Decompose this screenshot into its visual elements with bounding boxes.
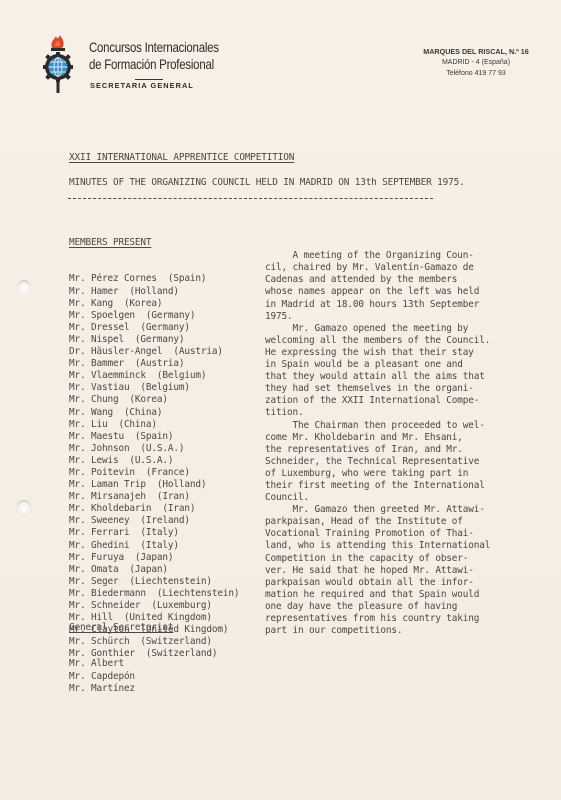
member-entry: Mr. Pérez Cornes (Spain) <box>69 273 239 285</box>
secretariat-entry: Mr. Capdepón <box>69 671 173 683</box>
minutes-line: part in our competitions. <box>265 625 525 637</box>
minutes-line: Mr. Gamazo opened the meeting by <box>265 323 525 335</box>
member-entry: Mr. Vlaemminck (Belgium) <box>69 370 239 382</box>
minutes-line: come Mr. Kholdebarin and Mr. Ehsani, <box>265 432 525 444</box>
minutes-line: mation he required and that Spain would <box>265 589 525 601</box>
member-entry: Mr. Mirsanajeh (Iran) <box>69 491 239 503</box>
member-entry: Dr. Häusler-Angel (Austria) <box>69 346 239 358</box>
minutes-line: parkpaisan, Head of the Institute of <box>265 516 525 528</box>
minutes-line: He expressing the wish that their stay <box>265 347 525 359</box>
minutes-line: parkpaisan would obtain all the infor- <box>265 577 525 589</box>
minutes-line: in Spain would be a pleasant one and <box>265 359 525 371</box>
minutes-line: welcoming all the members of the Council… <box>265 335 525 347</box>
member-entry: Mr. Nispel (Germany) <box>69 334 239 346</box>
member-entry: Mr. Seger (Liechtenstein) <box>69 576 239 588</box>
minutes-line: one day have the pleasure of having <box>265 601 525 613</box>
member-entry: Mr. Furuya (Japan) <box>69 552 239 564</box>
minutes-line: the representatives of Iran, and Mr. <box>265 444 525 456</box>
member-entry: Mr. Laman Trip (Holland) <box>69 479 239 491</box>
minutes-line: tition. <box>265 407 525 419</box>
member-entry: Mr. Lewis (U.S.A.) <box>69 455 239 467</box>
title-divider <box>68 198 433 200</box>
minutes-line: they had set themselves in the organi- <box>265 383 525 395</box>
member-entry: Mr. Chung (Korea) <box>69 394 239 406</box>
member-entry: Mr. Poitevin (France) <box>69 467 239 479</box>
minutes-line: their first meeting of the International <box>265 480 525 492</box>
secretariat-entry: Mr. Martínez <box>69 683 173 695</box>
minutes-line: of Luxemburg, who were taking part in <box>265 468 525 480</box>
document-title: XXII INTERNATIONAL APPRENTICE COMPETITIO… <box>69 152 294 163</box>
minutes-line: Council. <box>265 492 525 504</box>
member-entry: Mr. Kang (Korea) <box>69 298 239 310</box>
minutes-line: in Madrid at 18.00 hours 13th September <box>265 299 525 311</box>
punch-hole <box>17 280 31 294</box>
document-subtitle: MINUTES OF THE ORGANIZING COUNCIL HELD I… <box>69 177 465 188</box>
member-entry: Mr. Sweeney (Ireland) <box>69 515 239 527</box>
punch-hole <box>17 500 31 514</box>
member-entry: Mr. Maestu (Spain) <box>69 431 239 443</box>
member-entry: Mr. Dressel (Germany) <box>69 322 239 334</box>
minutes-line: Vocational Training Promotion of Thai- <box>265 528 525 540</box>
member-entry: Mr. Kholdebarin (Iran) <box>69 503 239 515</box>
minutes-line: cil, chaired by Mr. Valentín-Gamazo de <box>265 262 525 274</box>
minutes-line: that they would attain all the aims that <box>265 371 525 383</box>
member-entry: Mr. Omata (Japan) <box>69 564 239 576</box>
members-heading: MEMBERS PRESENT <box>69 237 239 249</box>
secretariat-entry: Mr. Albert <box>69 658 173 670</box>
minutes-line: Mr. Gamazo then greeted Mr. Attawi- <box>265 504 525 516</box>
minutes-body: A meeting of the Organizing Coun-cil, ch… <box>265 226 525 661</box>
torch-globe-gear-emblem-icon <box>40 34 76 94</box>
minutes-line: The Chairman then proceeded to wel- <box>265 420 525 432</box>
member-entry: Mr. Hamer (Holland) <box>69 286 239 298</box>
minutes-line: ver. He said that he hoped Mr. Attawi- <box>265 565 525 577</box>
minutes-line: whose names appear on the left was held <box>265 286 525 298</box>
member-entry: Mr. Ferrari (Italy) <box>69 527 239 539</box>
member-entry: Mr. Ghedini (Italy) <box>69 540 239 552</box>
member-entry: Mr. Vastiau (Belgium) <box>69 382 239 394</box>
member-entry: Mr. Wang (China) <box>69 407 239 419</box>
document-page: Concursos Internacionales de Formación P… <box>0 0 561 800</box>
minutes-line: Competition in the capacity of obser- <box>265 553 525 565</box>
minutes-line: Schneider, the Technical Representative <box>265 456 525 468</box>
member-entry: Mr. Spoelgen (Germany) <box>69 310 239 322</box>
department-label: SECRETARIA GENERAL <box>90 83 194 90</box>
member-entry: Mr. Johnson (U.S.A.) <box>69 443 239 455</box>
minutes-line: A meeting of the Organizing Coun- <box>265 250 525 262</box>
minutes-line: 1975. <box>265 311 525 323</box>
member-entry: Mr. Liu (China) <box>69 419 239 431</box>
minutes-line: land, who is attending this Internationa… <box>265 540 525 552</box>
letterhead-address: MARQUES DEL RISCAL, N.º 16 MADRID - 4 (E… <box>417 46 535 79</box>
member-entry: Mr. Bammer (Austria) <box>69 358 239 370</box>
minutes-line: representatives from his country taking <box>265 613 525 625</box>
organization-name: Concursos Internacionales de Formación P… <box>89 39 219 73</box>
general-secretariat-list: General Secretariat Mr. AlbertMr. Capdep… <box>69 598 173 719</box>
minutes-line: zation of the XXII International Compe- <box>265 395 525 407</box>
secretariat-heading: General Secretariat <box>69 622 173 634</box>
minutes-line: Cadenas and attended by the members <box>265 274 525 286</box>
letterhead-divider <box>135 79 163 80</box>
